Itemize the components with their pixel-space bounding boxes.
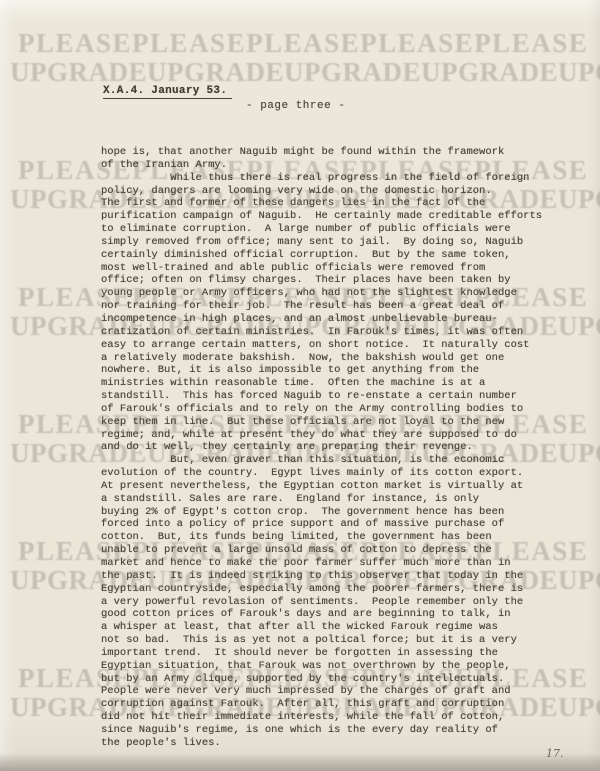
body-line: nor training for their job. The result h… xyxy=(101,300,542,313)
body-line: of Farouk's officials and to rely on the… xyxy=(101,403,542,416)
page-label: - page three - xyxy=(246,100,345,112)
body-line: the past. It is indeed striking to this … xyxy=(101,570,542,583)
body-line: standstill. This has forced Naguib to re… xyxy=(101,390,542,403)
watermark-upgrade-text: UPGRADE xyxy=(421,58,558,87)
body-line: purification campaign of Naguib. He cert… xyxy=(101,210,542,223)
body-line: market and hence to make the poor farmer… xyxy=(101,557,542,570)
body-line: Egyptian countryside, especially among t… xyxy=(101,583,542,596)
body-line: People were never very much impressed by… xyxy=(101,685,542,698)
body-line: Egyptian situation, that Farouk was not … xyxy=(101,660,542,673)
body-line: but by an Army clique, supported by the … xyxy=(101,673,542,686)
watermark-upgrade-text: UPGRADE xyxy=(558,58,600,87)
body-line: since Naguib's regime, is one which is t… xyxy=(101,724,542,737)
body-line: good cotton prices of Farouk's days and … xyxy=(101,608,542,621)
watermark-upgrade-text: UPGRADE xyxy=(558,312,600,341)
body-line: At present nevertheless, the Egyptian co… xyxy=(101,480,542,493)
body-line: cotton. But, its funds being limited, th… xyxy=(101,531,542,544)
body-line: certainly diminished official corruption… xyxy=(101,249,542,262)
body-line: easy to arrange certain matters, on shor… xyxy=(101,339,542,352)
body-line: corruption against Farouk. After all, th… xyxy=(101,698,542,711)
body-line: evolution of the country. Egypt lives ma… xyxy=(101,467,542,480)
body-line: While thus there is real progress in the… xyxy=(101,172,542,185)
body-line: a standstill. Sales are rare. England fo… xyxy=(101,493,542,506)
document-reference: X.A.4. January 53. xyxy=(103,85,232,99)
body-line: did not hit their immediate interests, w… xyxy=(101,711,542,724)
body-line: of the Iranian Army. xyxy=(101,159,542,172)
watermark-please-text-line: PLEASEPLEASEPLEASEPLEASEPLEASE xyxy=(0,29,600,58)
body-line: a whisper at least, that after all the w… xyxy=(101,621,542,634)
watermark-upgrade-text: UPGRADE xyxy=(558,439,600,468)
body-line: young people or Army officers, who had n… xyxy=(101,287,542,300)
body-line: unable to prevent a large unsold mass of… xyxy=(101,544,542,557)
body-line: keep them in line. But these officials a… xyxy=(101,416,542,429)
watermark-please-text: PLEASE xyxy=(132,29,246,58)
body-line: nowhere. But, it is also impossible to g… xyxy=(101,364,542,377)
watermark-please-text: PLEASE xyxy=(474,29,588,58)
body-line: a very powerful revolasion of sentiments… xyxy=(101,596,542,609)
body-line: buying 2% of Egypt's cotton crop. The go… xyxy=(101,506,542,519)
body-line: the people's lives. xyxy=(101,737,542,750)
body-line: a relatively moderate bakshish. Now, the… xyxy=(101,352,542,365)
watermark-upgrade-text: UPGRADE xyxy=(147,58,284,87)
watermark-upgrade-text: UPGRADE xyxy=(558,566,600,595)
watermark-please-text: PLEASE xyxy=(246,29,360,58)
body-line: But, even graver than this situation, is… xyxy=(101,454,542,467)
body-line: to eliminate corruption. A large number … xyxy=(101,223,542,236)
watermark-upgrade-text: UPGRADE xyxy=(558,185,600,214)
body-line: simply removed from office; many sent to… xyxy=(101,236,542,249)
watermark-upgrade-text: UPGRADE xyxy=(284,58,421,87)
watermark-upgrade-text: UPGRADE xyxy=(558,693,600,722)
body-line: The first and former of these dangers li… xyxy=(101,197,542,210)
body-line: cratization of certain ministries. In Fa… xyxy=(101,326,542,339)
body-line: regime; and, while at present they do wh… xyxy=(101,429,542,442)
body-line: hope is, that another Naguib might be fo… xyxy=(101,146,542,159)
body-line: forced into a policy of price support an… xyxy=(101,518,542,531)
body-line: not so bad. This is as yet not a poltica… xyxy=(101,634,542,647)
page-number: 17. xyxy=(546,747,564,760)
watermark-please-text: PLEASE xyxy=(360,29,474,58)
document-body-text: hope is, that another Naguib might be fo… xyxy=(101,146,542,750)
watermark-upgrade-text-line: UPGRADEUPGRADEUPGRADEUPGRADEUPGRADE xyxy=(0,58,600,87)
body-line: and do it well, they certainly are prepa… xyxy=(101,441,542,454)
body-line: most well-trained and able public offici… xyxy=(101,262,542,275)
watermark-row: PLEASEPLEASEPLEASEPLEASEPLEASEUPGRADEUPG… xyxy=(0,29,600,87)
scanned-document-page: PLEASEPLEASEPLEASEPLEASEPLEASEUPGRADEUPG… xyxy=(0,0,600,771)
body-line: incompetence in high places, and an almo… xyxy=(101,313,542,326)
scan-bottom-edge-shadow xyxy=(0,753,600,771)
body-line: ministries within reasonable time. Often… xyxy=(101,377,542,390)
body-line: office; often on flimsy charges. Their p… xyxy=(101,274,542,287)
watermark-upgrade-text: UPGRADE xyxy=(10,58,147,87)
body-line: policy, dangers are looming very wide on… xyxy=(101,185,542,198)
body-line: important trend. It should never be forg… xyxy=(101,647,542,660)
watermark-please-text: PLEASE xyxy=(18,29,132,58)
